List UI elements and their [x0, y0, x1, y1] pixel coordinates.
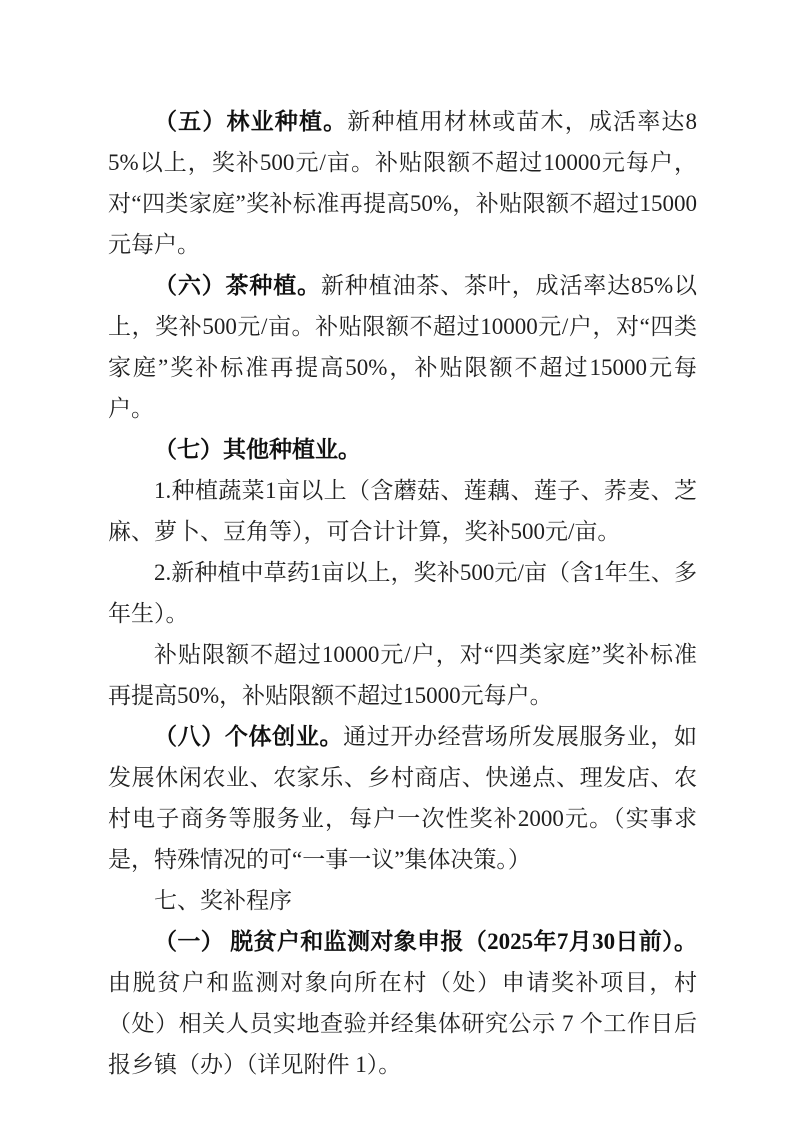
paragraph-body: 由脱贫户和监测对象向所在村（处）申请奖补项目，村（处）相关人员实地查验并经集体研… [108, 970, 697, 1077]
paragraph-lead: （七）其他种植业。 [154, 437, 361, 462]
paragraph-tea-planting: （六）茶种植。新种植油茶、茶叶，成活率达85%以上，奖补500元/亩。补贴限额不… [108, 265, 697, 429]
paragraph-lead: （八）个体创业。 [154, 724, 343, 749]
paragraph-lead: （一） 脱贫户和监测对象申报（2025年7月30日前）。 [154, 929, 697, 954]
paragraph-subsidy-limit: 补贴限额不超过10000元/户，对“四类家庭”奖补标准再提高50%，补贴限额不超… [108, 634, 697, 716]
paragraph-lead: （六）茶种植。 [154, 273, 321, 298]
paragraph-individual-business: （八）个体创业。通过开办经营场所发展服务业，如发展休闲农业、农家乐、乡村商店、快… [108, 716, 697, 880]
document-page: （五）林业种植。新种植用材林或苗木，成活率达85%以上，奖补500元/亩。补贴限… [0, 0, 793, 1122]
item-vegetable-planting: 1.种植蔬菜1亩以上（含蘑菇、莲藕、莲子、荞麦、芝麻、萝卜、豆角等），可合计计算… [108, 470, 697, 552]
paragraph-lead: （五）林业种植。 [154, 109, 347, 134]
paragraph-body: 七、奖补程序 [154, 888, 292, 913]
paragraph-body: 2.新种植中草药1亩以上，奖补500元/亩（含1年生、多年生）。 [108, 560, 697, 626]
paragraph-body: 1.种植蔬菜1亩以上（含蘑菇、莲藕、莲子、荞麦、芝麻、萝卜、豆角等），可合计计算… [108, 478, 697, 544]
document-content: （五）林业种植。新种植用材林或苗木，成活率达85%以上，奖补500元/亩。补贴限… [108, 101, 697, 1085]
paragraph-forestry-planting: （五）林业种植。新种植用材林或苗木，成活率达85%以上，奖补500元/亩。补贴限… [108, 101, 697, 265]
section-heading-reward-procedure: 七、奖补程序 [108, 880, 697, 921]
paragraph-body: 补贴限额不超过10000元/户，对“四类家庭”奖补标准再提高50%，补贴限额不超… [108, 642, 697, 708]
item-herb-planting: 2.新种植中草药1亩以上，奖补500元/亩（含1年生、多年生）。 [108, 552, 697, 634]
paragraph-application-declaration: （一） 脱贫户和监测对象申报（2025年7月30日前）。由脱贫户和监测对象向所在… [108, 921, 697, 1085]
heading-other-planting: （七）其他种植业。 [108, 429, 697, 470]
